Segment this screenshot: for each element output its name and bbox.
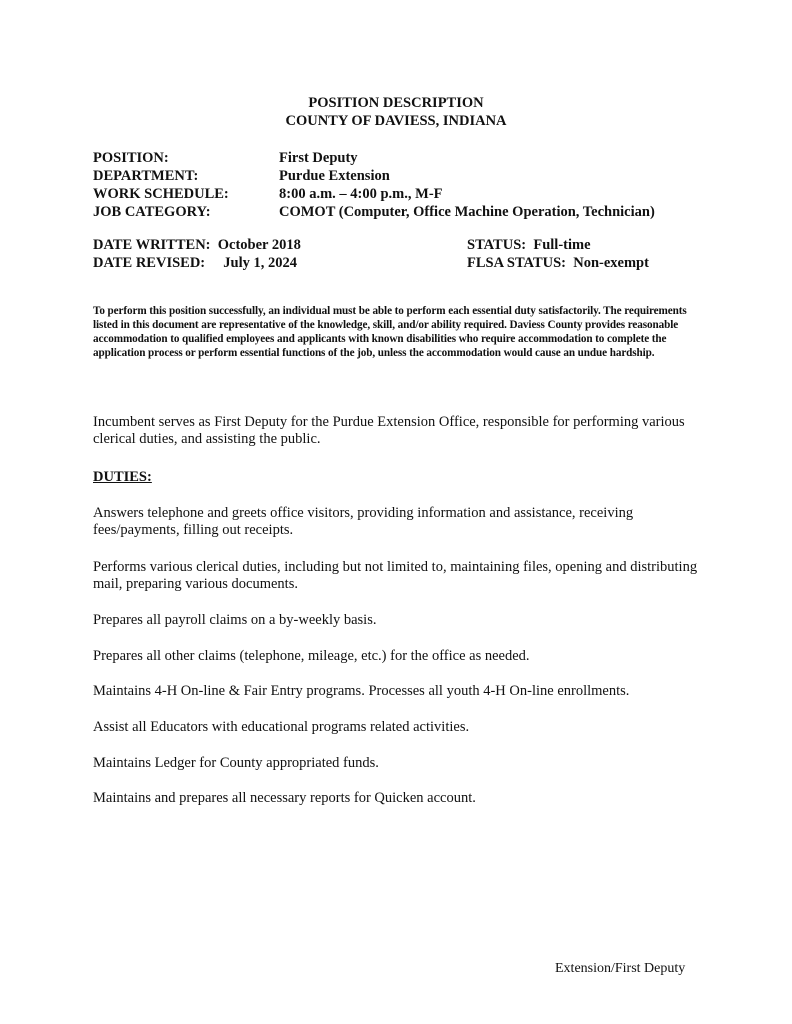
field-department: DEPARTMENT:Purdue Extension [93, 167, 390, 185]
field-value: 8:00 a.m. – 4:00 p.m., M-F [279, 186, 443, 202]
duty-item: Assist all Educators with educational pr… [93, 719, 713, 736]
duty-item: Maintains Ledger for County appropriated… [93, 755, 713, 772]
date-revised-value: July 1, 2024 [223, 255, 297, 271]
duty-item: Maintains 4-H On-line & Fair Entry progr… [93, 683, 713, 700]
flsa-status: FLSA STATUS: Non-exempt [467, 254, 649, 272]
document-title: POSITION DESCRIPTION [0, 94, 792, 112]
flsa-status-label: FLSA STATUS: [467, 255, 566, 271]
status: STATUS: Full-time [467, 236, 591, 254]
date-written: DATE WRITTEN: October 2018 [93, 236, 301, 254]
date-revised-label: DATE REVISED: [93, 255, 205, 271]
field-label: POSITION: [93, 149, 279, 167]
flsa-status-value: Non-exempt [573, 255, 649, 271]
field-label: DEPARTMENT: [93, 167, 279, 185]
duty-item: Prepares all other claims (telephone, mi… [93, 648, 713, 665]
field-value: COMOT (Computer, Office Machine Operatio… [279, 204, 655, 220]
duty-item: Prepares all payroll claims on a by-week… [93, 612, 713, 629]
field-work-schedule: WORK SCHEDULE:8:00 a.m. – 4:00 p.m., M-F [93, 185, 443, 203]
duty-item: Performs various clerical duties, includ… [93, 559, 713, 593]
intro-paragraph: Incumbent serves as First Deputy for the… [93, 414, 713, 448]
field-value: Purdue Extension [279, 168, 390, 184]
field-position: POSITION:First Deputy [93, 149, 358, 167]
page-footer: Extension/First Deputy [555, 961, 685, 977]
status-label: STATUS: [467, 237, 526, 253]
field-job-category: JOB CATEGORY:COMOT (Computer, Office Mac… [93, 203, 655, 221]
duty-item: Answers telephone and greets office visi… [93, 505, 713, 539]
field-value: First Deputy [279, 150, 358, 166]
date-revised: DATE REVISED: July 1, 2024 [93, 254, 297, 272]
duties-heading-colon: : [147, 469, 152, 485]
field-label: JOB CATEGORY: [93, 203, 279, 221]
date-written-value: October 2018 [218, 237, 301, 253]
field-label: WORK SCHEDULE: [93, 185, 279, 203]
duties-heading: DUTIES: [93, 469, 713, 486]
document-subtitle: COUNTY OF DAVIESS, INDIANA [0, 112, 792, 130]
date-written-label: DATE WRITTEN: [93, 237, 211, 253]
duties-heading-text: DUTIES [93, 469, 147, 485]
status-value: Full-time [533, 237, 590, 253]
disclaimer-text: To perform this position successfully, a… [93, 304, 713, 360]
duty-item: Maintains and prepares all necessary rep… [93, 790, 713, 807]
